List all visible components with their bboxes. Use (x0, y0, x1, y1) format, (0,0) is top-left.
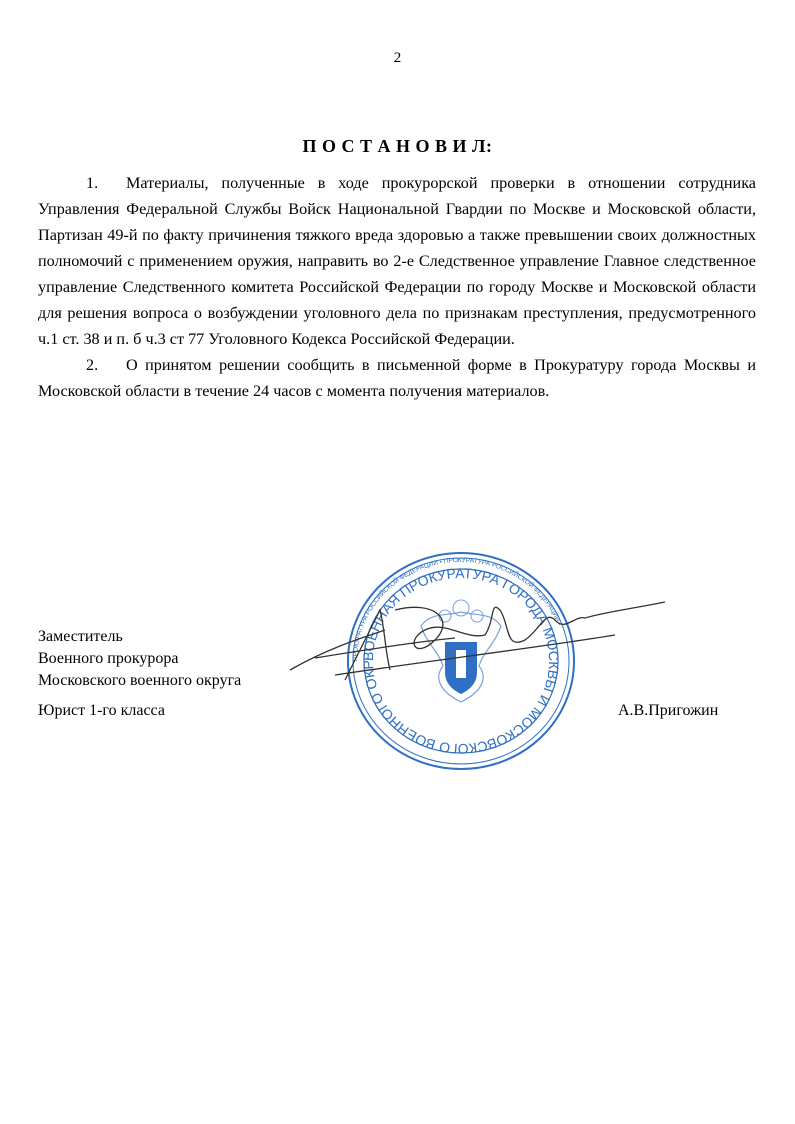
document-title: П О С Т А Н О В И Л: (0, 136, 795, 157)
page-number: 2 (0, 50, 795, 67)
paragraph-text: О принятом решении сообщить в письменной… (38, 356, 756, 400)
signatory-position: Заместитель Военного прокурора Московско… (38, 626, 241, 692)
paragraph-number: 2. (86, 352, 126, 378)
signature-icon (285, 580, 670, 690)
paragraph-number: 1. (86, 170, 126, 196)
paragraph-text: Материалы, полученные в ходе прокурорско… (38, 174, 756, 348)
position-line: Московского военного округа (38, 670, 241, 692)
paragraph-1: 1.Материалы, полученные в ходе прокурорс… (38, 170, 756, 352)
paragraph-2: 2.О принятом решении сообщить в письменн… (38, 352, 756, 404)
position-line: Военного прокурора (38, 648, 241, 670)
document-body: 1.Материалы, полученные в ходе прокурорс… (38, 170, 756, 404)
signatory-rank: Юрист 1-го класса (38, 702, 165, 720)
signatory-name: А.В.Пригожин (618, 702, 718, 720)
position-line: Заместитель (38, 626, 241, 648)
